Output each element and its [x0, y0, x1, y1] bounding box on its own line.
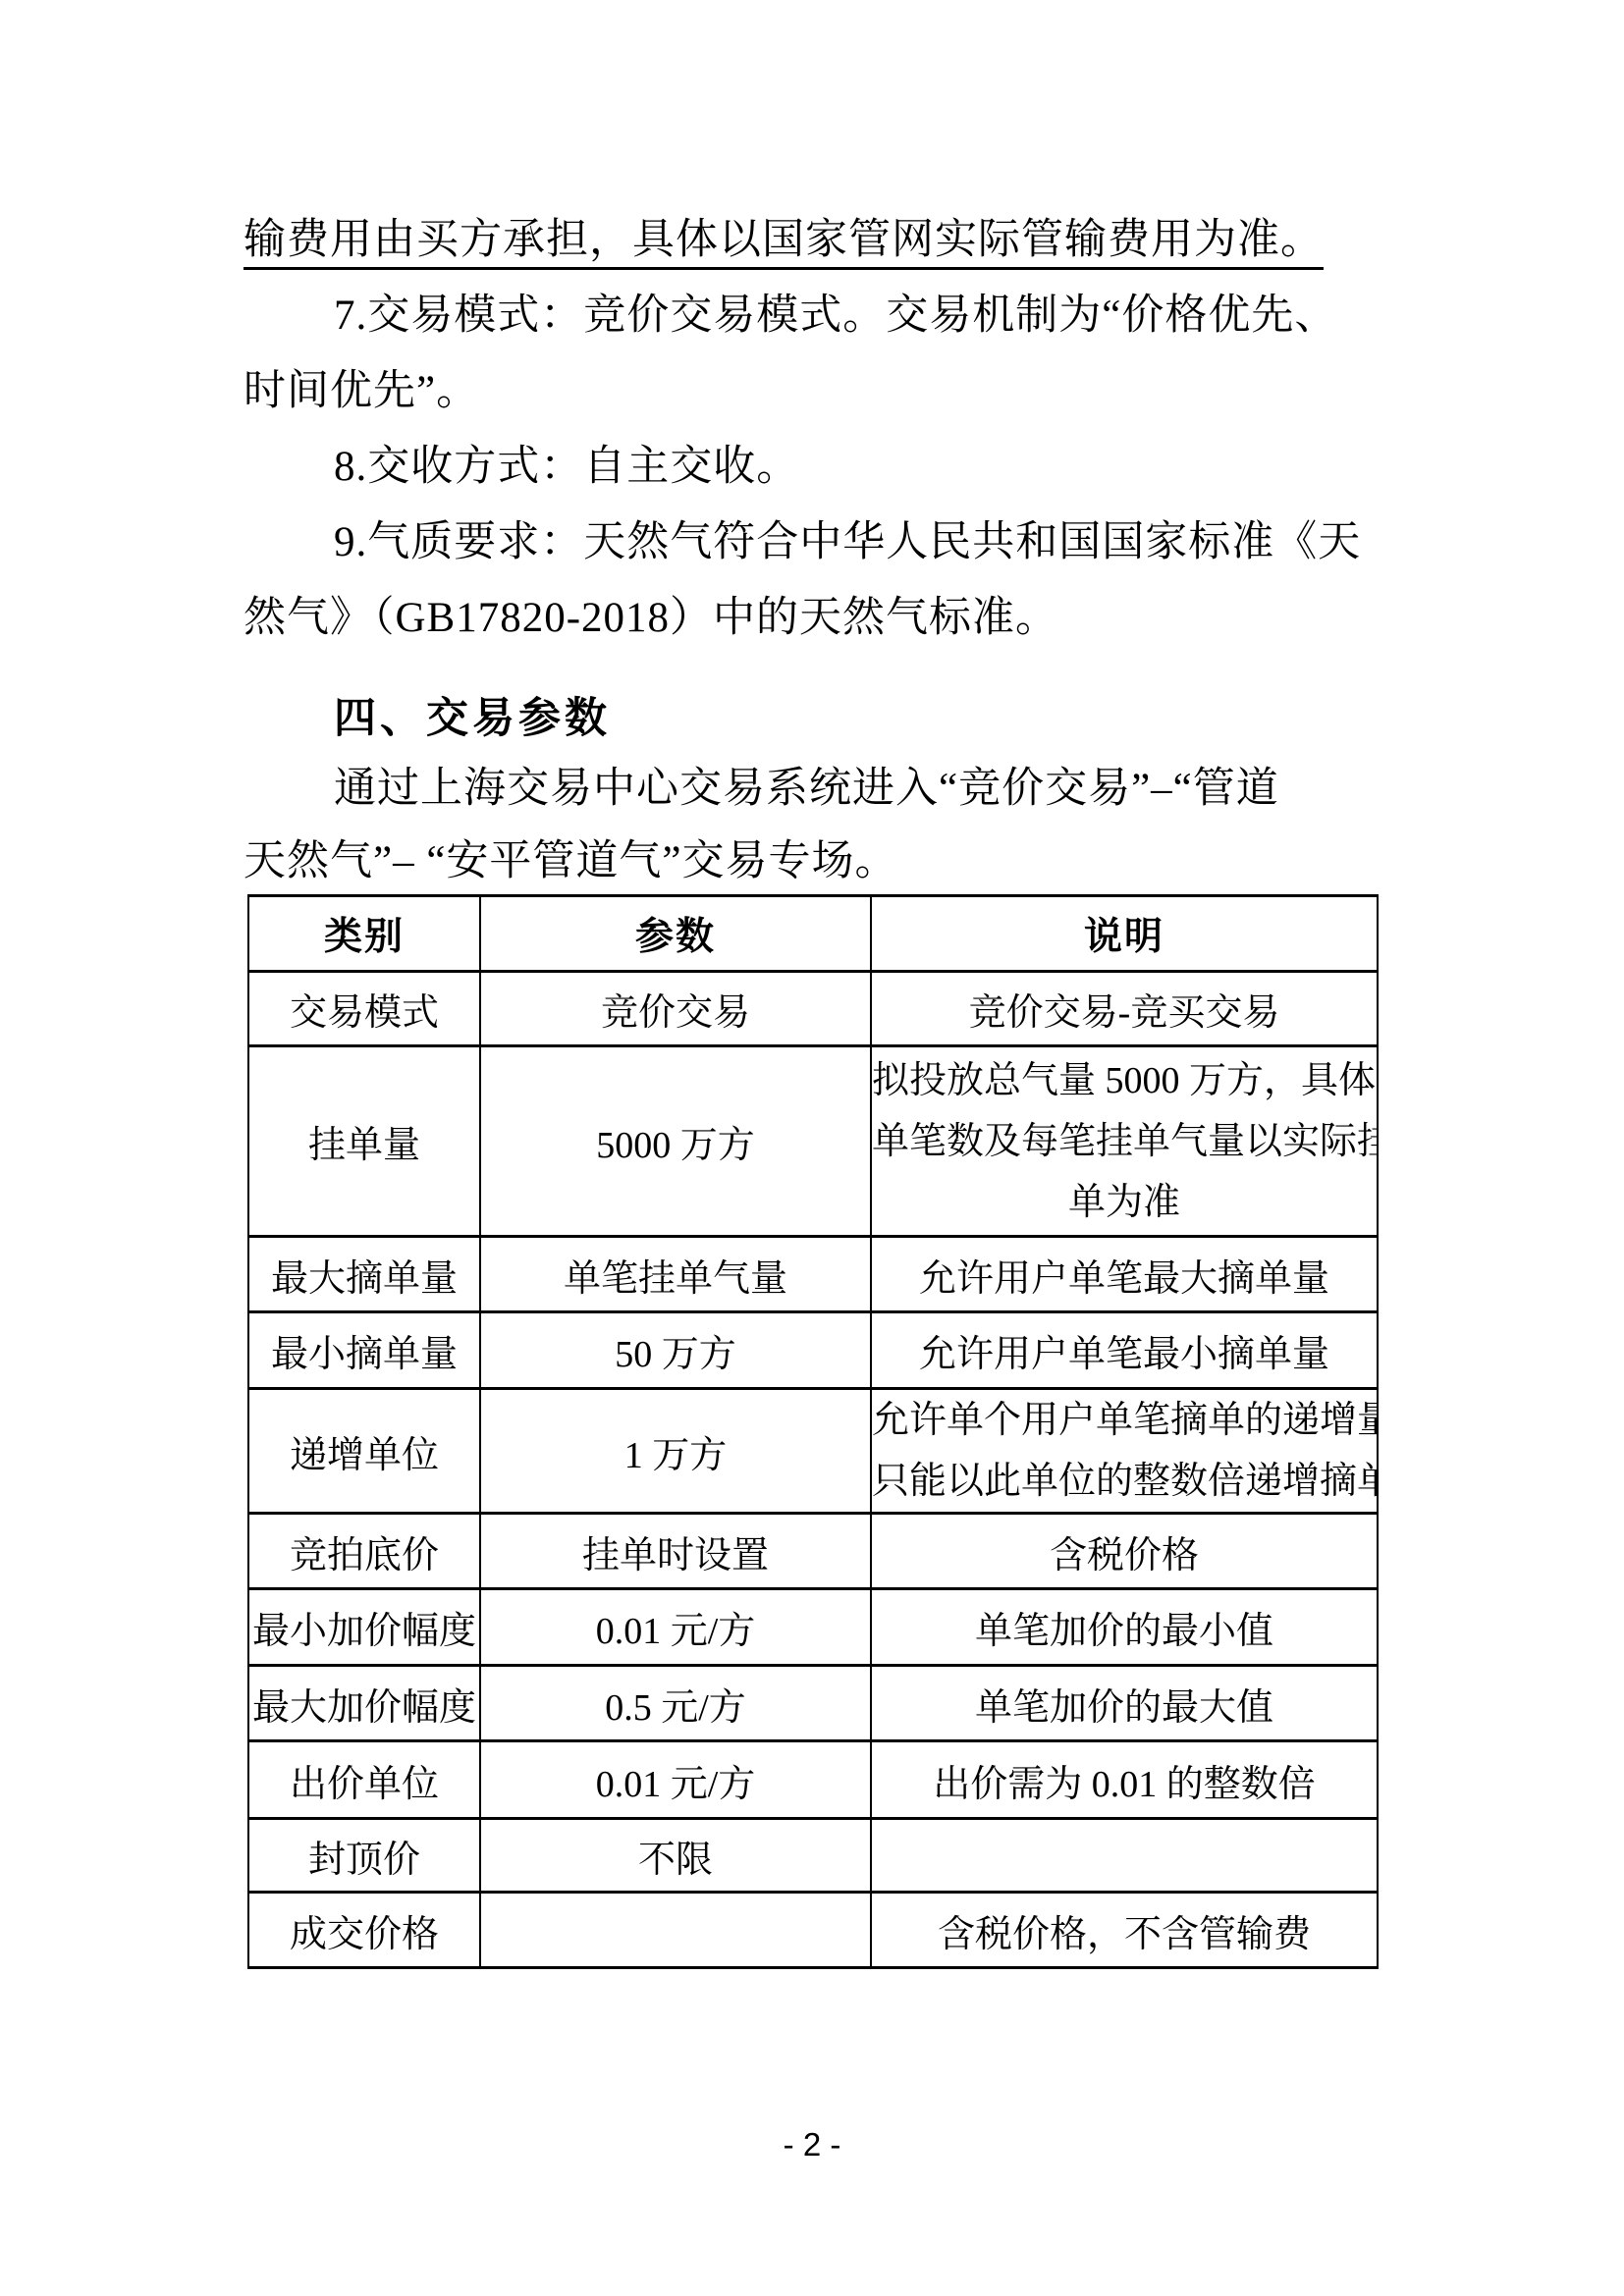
cell-param [480, 1893, 871, 1968]
cell-category: 最小加价幅度 [248, 1589, 480, 1666]
document-page: 输费用由买方承担，具体以国家管网实际管输费用为准。 7.交易模式：竞价交易模式。… [0, 0, 1624, 2296]
table-row: 交易模式 竞价交易 竞价交易-竞买交易 [248, 972, 1378, 1046]
desc-line: 拟投放总气量 5000 万方，具体挂 [872, 1050, 1377, 1111]
cell-param: 0.01 元/方 [480, 1589, 871, 1666]
cell-category: 递增单位 [248, 1389, 480, 1514]
table-row: 最小摘单量 50 万方 允许用户单笔最小摘单量 [248, 1312, 1378, 1389]
cell-desc: 允许单个用户单笔摘单的递增量， 只能以此单位的整数倍递增摘单 [871, 1389, 1378, 1514]
cell-desc: 单笔加价的最小值 [871, 1589, 1378, 1666]
page-number: - 2 - [0, 2125, 1624, 2164]
cell-desc: 允许用户单笔最大摘单量 [871, 1237, 1378, 1312]
table-row: 出价单位 0.01 元/方 出价需为 0.01 的整数倍 [248, 1741, 1378, 1819]
cell-category: 最小摘单量 [248, 1312, 480, 1389]
cell-param: 0.5 元/方 [480, 1666, 871, 1741]
cell-desc: 允许用户单笔最小摘单量 [871, 1312, 1378, 1389]
cell-param: 单笔挂单气量 [480, 1237, 871, 1312]
table-header-row: 类别 参数 说明 [248, 896, 1378, 972]
desc-line: 单为准 [872, 1172, 1377, 1233]
underlined-text: 输费用由买方承担，具体以国家管网实际管输费用为准。 [244, 217, 1324, 270]
cell-category: 竞拍底价 [248, 1514, 480, 1589]
cell-param: 0.01 元/方 [480, 1741, 871, 1819]
cell-category: 挂单量 [248, 1046, 480, 1237]
cell-param: 不限 [480, 1819, 871, 1893]
cell-category: 最大摘单量 [248, 1237, 480, 1312]
desc-line: 单笔数及每笔挂单气量以实际挂 [872, 1111, 1377, 1172]
lead-line-2: 天然气”– “安平管道气”交易专场。 [244, 835, 1392, 888]
table-row: 最大加价幅度 0.5 元/方 单笔加价的最大值 [248, 1666, 1378, 1741]
cell-desc: 单笔加价的最大值 [871, 1666, 1378, 1741]
table-row: 挂单量 5000 万方 拟投放总气量 5000 万方，具体挂 单笔数及每笔挂单气… [248, 1046, 1378, 1237]
header-cell-category: 类别 [248, 896, 480, 972]
section-heading: 四、交易参数 [244, 693, 1483, 746]
body-line-item7-cont: 时间优先”。 [244, 365, 1392, 418]
header-cell-desc: 说明 [871, 896, 1378, 972]
body-line-item7: 7.交易模式：竞价交易模式。交易机制为“价格优先、 [244, 290, 1483, 343]
cell-param: 50 万方 [480, 1312, 871, 1389]
desc-line: 只能以此单位的整数倍递增摘单 [872, 1451, 1377, 1512]
body-line-underlined: 输费用由买方承担，具体以国家管网实际管输费用为准。 [244, 214, 1392, 267]
cell-category: 最大加价幅度 [248, 1666, 480, 1741]
body-line-item8: 8.交收方式：自主交收。 [244, 441, 1483, 494]
cell-param: 挂单时设置 [480, 1514, 871, 1589]
table-row: 最大摘单量 单笔挂单气量 允许用户单笔最大摘单量 [248, 1237, 1378, 1312]
lead-line-1: 通过上海交易中心交易系统进入“竞价交易”–“管道 [244, 763, 1483, 816]
cell-category: 封顶价 [248, 1819, 480, 1893]
cell-param: 1 万方 [480, 1389, 871, 1514]
cell-category: 出价单位 [248, 1741, 480, 1819]
trade-parameters-table: 类别 参数 说明 交易模式 竞价交易 竞价交易-竞买交易 挂单量 5000 万方… [247, 894, 1379, 1969]
cell-category: 交易模式 [248, 972, 480, 1046]
cell-desc: 竞价交易-竞买交易 [871, 972, 1378, 1046]
table-row: 封顶价 不限 [248, 1819, 1378, 1893]
body-line-item9-cont: 然气》（GB17820-2018）中的天然气标准。 [244, 592, 1392, 645]
cell-desc: 出价需为 0.01 的整数倍 [871, 1741, 1378, 1819]
cell-desc [871, 1819, 1378, 1893]
cell-category: 成交价格 [248, 1893, 480, 1968]
cell-desc: 含税价格 [871, 1514, 1378, 1589]
table-row: 递增单位 1 万方 允许单个用户单笔摘单的递增量， 只能以此单位的整数倍递增摘单 [248, 1389, 1378, 1514]
table-row: 最小加价幅度 0.01 元/方 单笔加价的最小值 [248, 1589, 1378, 1666]
table-row: 竞拍底价 挂单时设置 含税价格 [248, 1514, 1378, 1589]
desc-line: 允许单个用户单笔摘单的递增量， [872, 1390, 1377, 1451]
table-row: 成交价格 含税价格，不含管输费 [248, 1893, 1378, 1968]
cell-desc: 含税价格，不含管输费 [871, 1893, 1378, 1968]
body-line-item9: 9.气质要求：天然气符合中华人民共和国国家标准《天 [244, 516, 1483, 569]
cell-param: 5000 万方 [480, 1046, 871, 1237]
cell-desc: 拟投放总气量 5000 万方，具体挂 单笔数及每笔挂单气量以实际挂 单为准 [871, 1046, 1378, 1237]
cell-param: 竞价交易 [480, 972, 871, 1046]
header-cell-param: 参数 [480, 896, 871, 972]
